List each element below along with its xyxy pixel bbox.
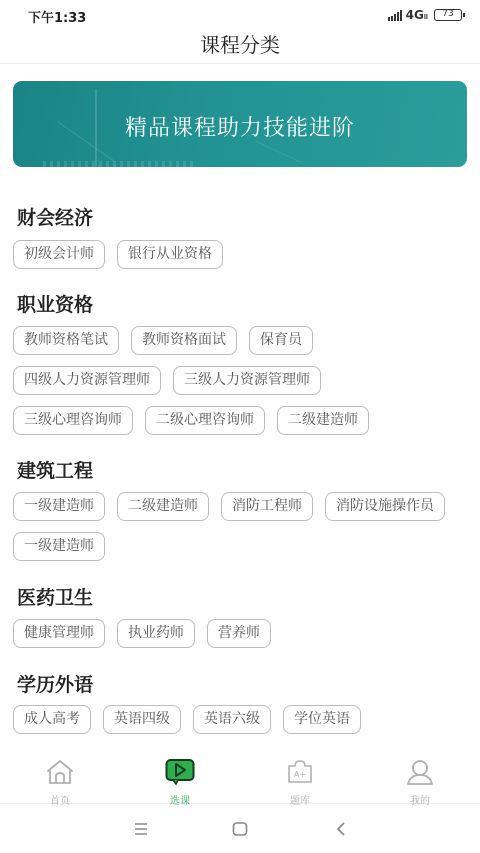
category-chip[interactable]: 成人高考	[13, 705, 91, 734]
section-title-finance: 财会经济	[17, 203, 93, 230]
category-chip[interactable]: 健康管理师	[13, 619, 105, 648]
tab-question-bank[interactable]: A+ 题库	[260, 752, 340, 807]
tab-courses[interactable]: 选课	[140, 752, 220, 807]
chip-row: 成人高考 英语四级 英语六级 学位英语	[13, 705, 361, 734]
tab-label: 选课	[140, 792, 220, 807]
chip-row: 一级建造师 二级建造师 消防工程师 消防设施操作员	[13, 492, 445, 521]
category-chip[interactable]: 二级心理咨询师	[145, 406, 265, 435]
category-chip[interactable]: 学位英语	[283, 705, 361, 734]
section-title-qualification: 职业资格	[17, 290, 93, 317]
category-chip[interactable]: 消防设施操作员	[325, 492, 445, 521]
category-chip[interactable]: 银行从业资格	[117, 240, 223, 269]
category-chip[interactable]: 教师资格面试	[131, 326, 237, 355]
category-chip[interactable]: 一级建造师	[13, 532, 105, 561]
status-bar: 下午1:33 4Gll 73	[0, 0, 480, 30]
system-nav-bar	[0, 806, 480, 853]
svg-text:A+: A+	[294, 770, 306, 779]
category-chip[interactable]: 教师资格笔试	[13, 326, 119, 355]
battery-icon: 73	[434, 9, 462, 21]
category-chip[interactable]: 四级人力资源管理师	[13, 366, 161, 395]
profile-icon	[405, 758, 435, 786]
page-header: 课程分类	[0, 30, 480, 64]
status-icons: 4Gll 73	[388, 8, 462, 22]
section-title-construction: 建筑工程	[17, 456, 93, 483]
question-bank-icon: A+	[285, 758, 315, 786]
play-icon	[165, 758, 195, 786]
category-chip[interactable]: 英语四级	[103, 705, 181, 734]
bottom-tab-bar: 首页 选课 A+ 题库 我的	[0, 752, 480, 804]
category-chip[interactable]: 二级建造师	[117, 492, 209, 521]
banner-text: 精品课程助力技能进阶	[13, 111, 467, 142]
category-chip[interactable]: 英语六级	[193, 705, 271, 734]
section-title-education: 学历外语	[17, 670, 93, 697]
section-title-medical: 医药卫生	[17, 583, 93, 610]
category-chip[interactable]: 保育员	[249, 326, 313, 355]
tab-label: 首页	[20, 792, 100, 807]
chip-row: 四级人力资源管理师 三级人力资源管理师	[13, 366, 321, 395]
tab-profile[interactable]: 我的	[380, 752, 460, 807]
category-chip[interactable]: 三级人力资源管理师	[173, 366, 321, 395]
category-chip[interactable]: 三级心理咨询师	[13, 406, 133, 435]
chip-row: 一级建造师	[13, 532, 105, 561]
chip-row: 教师资格笔试 教师资格面试 保育员	[13, 326, 313, 355]
status-time: 下午1:33	[28, 7, 86, 26]
chip-row: 健康管理师 执业药师 营养师	[13, 619, 271, 648]
home-button-icon[interactable]	[229, 818, 251, 840]
network-type: 4Gll	[406, 8, 428, 22]
signal-icon	[388, 10, 402, 21]
tab-home[interactable]: 首页	[20, 752, 100, 807]
category-chip[interactable]: 二级建造师	[277, 406, 369, 435]
menu-icon[interactable]	[130, 818, 152, 840]
category-chip[interactable]: 执业药师	[117, 619, 195, 648]
chip-row: 初级会计师 银行从业资格	[13, 240, 223, 269]
category-chip[interactable]: 营养师	[207, 619, 271, 648]
chip-row: 三级心理咨询师 二级心理咨询师 二级建造师	[13, 406, 369, 435]
category-chip[interactable]: 消防工程师	[221, 492, 313, 521]
category-chip[interactable]: 一级建造师	[13, 492, 105, 521]
back-icon[interactable]	[330, 818, 352, 840]
promo-banner[interactable]: 精品课程助力技能进阶	[13, 81, 467, 167]
home-icon	[45, 758, 75, 786]
category-chip[interactable]: 初级会计师	[13, 240, 105, 269]
tab-label: 题库	[260, 792, 340, 807]
page-title: 课程分类	[0, 30, 480, 60]
tab-label: 我的	[380, 792, 460, 807]
